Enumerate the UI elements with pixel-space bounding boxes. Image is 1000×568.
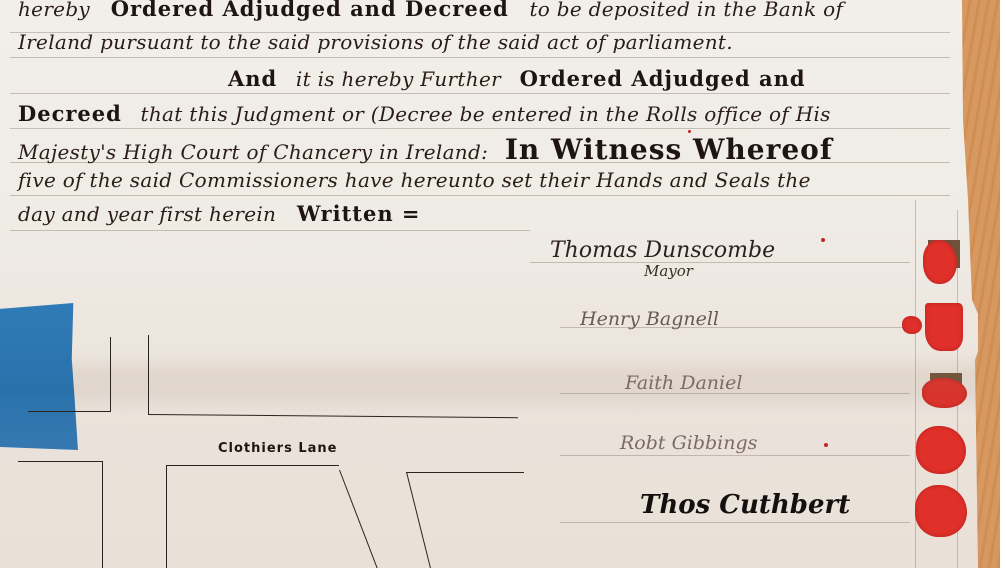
paper-fold-crease: [0, 355, 978, 415]
signature-name: Henry Bagnell: [580, 308, 719, 330]
text-segment: hereby: [18, 0, 90, 21]
text-segment: to be deposited in the Bank of: [529, 0, 843, 21]
map-boundary-line: [406, 472, 524, 473]
signature-name: Robt Gibbings: [620, 432, 757, 454]
gothic-text-segment: And: [228, 66, 277, 91]
map-boundary-line: [18, 461, 102, 462]
gothic-text-segment: Written =: [297, 201, 421, 226]
red-ink-dot: [821, 238, 825, 242]
signature-name: Thos Cuthbert: [640, 490, 850, 520]
signature-thos-cuthbert: Thos Cuthbert: [640, 490, 850, 520]
signature-title-mayor: Mayor: [644, 262, 693, 280]
signature-line: [560, 455, 910, 456]
map-boundary-line: [102, 461, 103, 568]
map-boundary-line: [166, 465, 339, 466]
decree-line-2: Ireland pursuant to the said provisions …: [18, 30, 733, 54]
decree-line-3: And it is hereby Further Ordered Adjudge…: [228, 66, 806, 91]
wax-seal-1: [923, 240, 957, 284]
signature-title: Mayor: [644, 262, 693, 280]
decree-line-7: day and year first herein Written =: [18, 201, 421, 226]
text-segment: day and year first herein: [18, 202, 276, 226]
decree-line-1: hereby Ordered Adjudged and Decreed to b…: [18, 0, 843, 21]
gothic-text-segment: Decreed: [18, 101, 122, 126]
ruled-line: [10, 57, 950, 58]
ruled-line: [10, 128, 950, 129]
map-boundary-line: [339, 470, 380, 568]
decree-line-5: Majesty's High Court of Chancery in Irel…: [18, 133, 833, 166]
gothic-text-segment: Ordered Adjudged and: [520, 66, 806, 91]
red-ink-dot: [824, 443, 828, 447]
parchment-document: hereby Ordered Adjudged and Decreed to b…: [0, 0, 978, 568]
wax-seal-5: [915, 485, 967, 537]
wax-seal-4: [916, 426, 966, 474]
text-segment: Majesty's High Court of Chancery in Irel…: [18, 140, 488, 164]
ruled-line: [10, 230, 530, 231]
text-segment: that this Judgment or (Decree be entered…: [141, 102, 831, 126]
street-label-clothiers-lane: Clothiers Lane: [218, 441, 337, 456]
wax-seal-fragment: [902, 316, 922, 334]
red-ink-dot: [688, 130, 691, 133]
ruled-line: [10, 195, 950, 196]
blue-tape-strip: [0, 303, 78, 450]
decree-line-4: Decreed that this Judgment or (Decree be…: [18, 101, 831, 126]
map-boundary-line: [28, 411, 111, 412]
text-segment: Ireland pursuant to the said provisions …: [18, 30, 733, 54]
decree-line-6: five of the said Commissioners have here…: [18, 168, 811, 192]
signature-robt-gibbings: Robt Gibbings: [620, 432, 757, 454]
gothic-text-segment: Ordered Adjudged and Decreed: [111, 0, 509, 21]
ruled-line: [10, 93, 950, 94]
signature-line: [560, 522, 910, 523]
text-segment: five of the said Commissioners have here…: [18, 168, 811, 192]
in-witness-whereof-heading: In Witness Whereof: [505, 133, 833, 166]
map-boundary-line: [406, 472, 431, 568]
wax-seal-2: [925, 303, 963, 351]
text-segment: it is hereby Further: [296, 67, 501, 91]
signature-henry-bagnell: Henry Bagnell: [580, 308, 719, 330]
map-boundary-line: [166, 465, 167, 568]
signature-name: Thomas Dunscombe: [550, 238, 775, 263]
signature-thomas-dunscombe: Thomas Dunscombe: [550, 238, 775, 263]
map-boundary-line: [110, 337, 111, 412]
map-boundary-line: [148, 335, 149, 415]
